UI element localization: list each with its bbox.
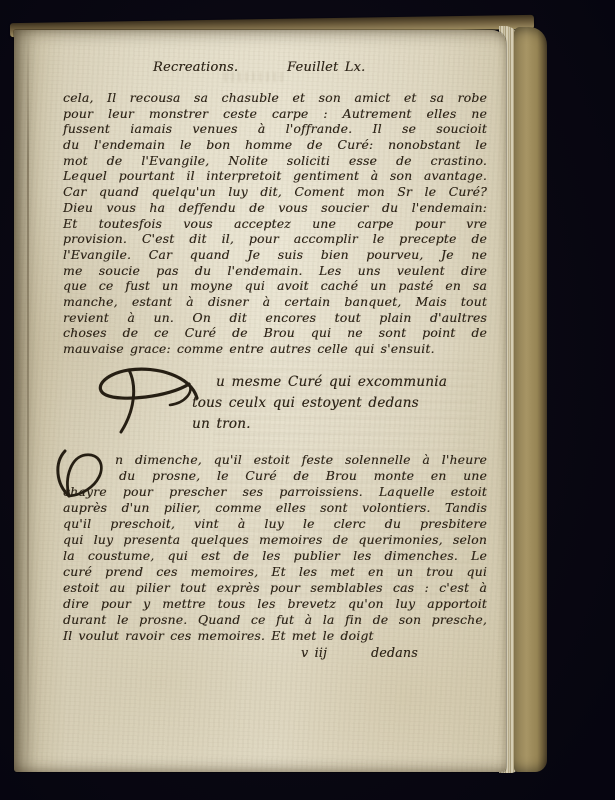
text-line: Lequel pourtant il interpretoit gentimen…: [63, 168, 487, 184]
text-line: revient à un. On dit encores tout plain …: [63, 310, 487, 326]
text-line: auprès d'un pilier, comme elles sont vol…: [63, 500, 487, 516]
text-line: mauvaise grace: comme entre autres celle…: [63, 341, 487, 357]
text-line: estoit au pilier tout exprès pour sembla…: [63, 580, 487, 596]
photo-backdrop: Recreations. Feuillet Lx. cela, Il recou…: [0, 0, 615, 800]
signature-line: v iij dedans: [63, 645, 487, 663]
swash-initial-d-icon: [91, 362, 203, 436]
heading-line: un tron.: [192, 414, 487, 435]
running-head: Recreations. Feuillet Lx.: [63, 60, 487, 77]
catchword: dedans: [371, 645, 418, 660]
text-line: provision. C'est dit il, pour accomplir …: [63, 231, 487, 247]
text-line: dire pour y mettre tous les brevetz qu'o…: [63, 596, 487, 612]
text-line: curé prend ces memoires, Et les met en u…: [63, 564, 487, 580]
text-line: fussent iamais venues à l'offrande. Il s…: [63, 121, 487, 137]
text-line: qui luy presenta quelques memoires de qu…: [63, 532, 487, 548]
section-heading: u mesme Curé qui excommuniatous ceulx qu…: [63, 372, 487, 438]
text-line: choses de ce Curé de Brou qui ne sont po…: [63, 325, 487, 341]
text-line: n dimenche, qu'il estoit feste solennell…: [63, 452, 487, 468]
text-line: Et toutesfois vous acceptez une carpe po…: [63, 216, 487, 232]
gutter-crease: [27, 30, 29, 772]
text-line: Car quand quelqu'un luy dit, Coment mon …: [63, 184, 487, 200]
text-line: l'Evangile. Car quand Je suis bien pourv…: [63, 247, 487, 263]
paragraph-2-wrap: n dimenche, qu'il estoit feste solennell…: [63, 452, 487, 644]
page-content: Recreations. Feuillet Lx. cela, Il recou…: [63, 60, 487, 663]
text-line: durant le prosne. Quand ce fut à la fin …: [63, 612, 487, 628]
section-heading-lines: u mesme Curé qui excommuniatous ceulx qu…: [192, 372, 487, 435]
text-line: chayre pour prescher ses parroissiens. L…: [63, 484, 487, 500]
text-line: du prosne, le Curé de Brou monte en une: [63, 468, 487, 484]
text-line: du l'endemain le bon homme de Curé: nono…: [63, 137, 487, 153]
heading-line: tous ceulx qui estoyent dedans: [192, 393, 487, 414]
text-line: manche, estant à disner à certain banque…: [63, 294, 487, 310]
text-line: me soucie pas du l'endemain. Les uns veu…: [63, 263, 487, 279]
running-head-title: Recreations.: [153, 60, 238, 75]
heading-line: u mesme Curé qui excommunia: [192, 372, 487, 393]
book-fore-edge: [514, 27, 547, 772]
paragraph-1: cela, Il recousa sa chasuble et son amic…: [63, 90, 487, 357]
paragraph-2: n dimenche, qu'il estoit feste solennell…: [63, 452, 487, 644]
text-line: cela, Il recousa sa chasuble et son amic…: [63, 90, 487, 106]
text-line: mot de l'Evangile, Nolite soliciti esse …: [63, 153, 487, 169]
text-line: Il voulut ravoir ces memoires. Et met le…: [63, 628, 487, 644]
text-line: pour leur monstrer ceste carpe : Autreme…: [63, 106, 487, 122]
text-line: qu'il preschoit, vint à luy le clerc du …: [63, 516, 487, 532]
swash-initial-v-icon: [53, 446, 119, 506]
book-page: Recreations. Feuillet Lx. cela, Il recou…: [14, 30, 506, 772]
text-line: Dieu vous ha deffendu de vous soucier du…: [63, 200, 487, 216]
text-line: la coustume, qui est de les publier les …: [63, 548, 487, 564]
text-line: que ce fust un moyne qui avoit caché un …: [63, 278, 487, 294]
running-head-folio: Feuillet Lx.: [287, 60, 365, 75]
signature-mark: v iij: [301, 645, 327, 660]
